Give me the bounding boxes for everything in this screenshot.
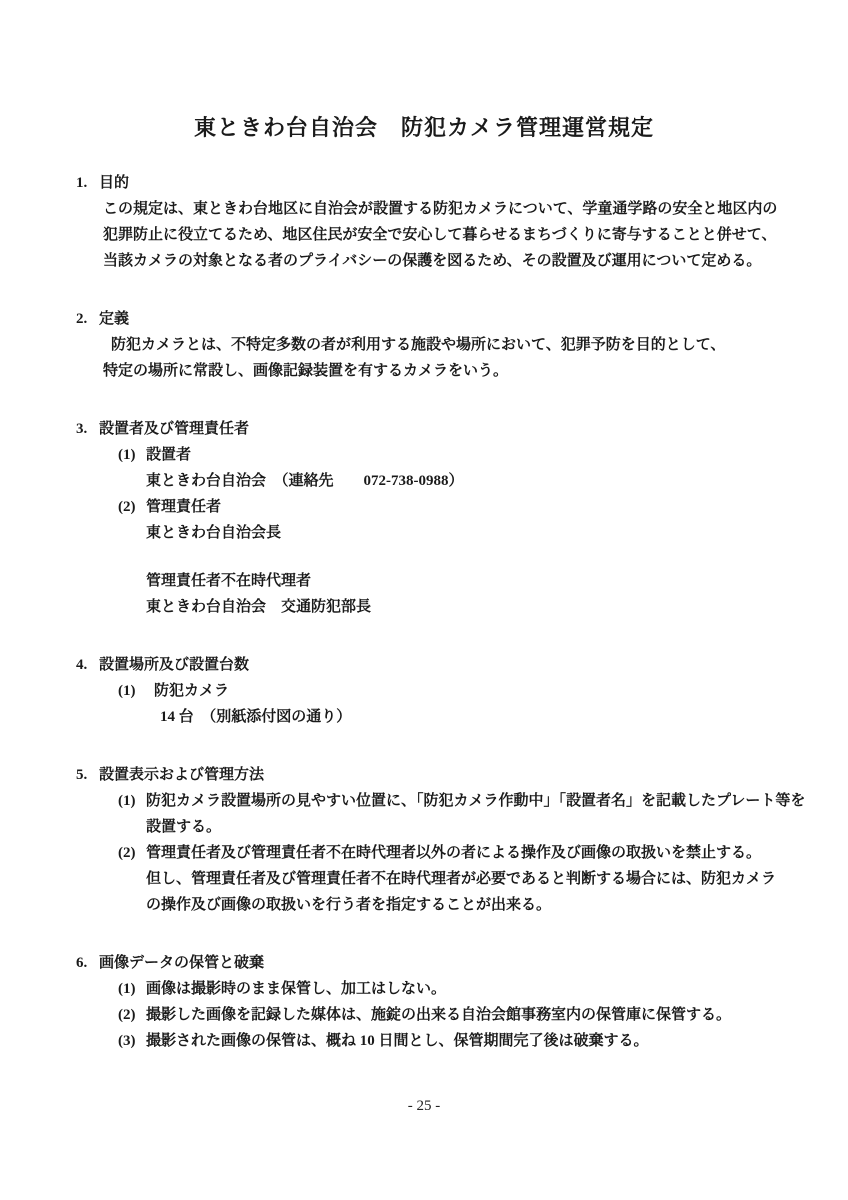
clause-text: 防犯カメラ設置場所の見やすい位置に、「防犯カメラ作動中」「設置者名」を記載したプ…	[146, 788, 778, 840]
clause-number: (1)	[118, 976, 146, 1002]
section-number: 2.	[76, 306, 99, 332]
section-signage-and-management: 5. 設置表示および管理方法 (1) 防犯カメラ設置場所の見やすい位置に、「防犯…	[76, 762, 778, 918]
body-line: この規定は、東ときわ台地区に自治会が設置する防犯カメラについて、学童通学路の安全…	[103, 196, 778, 222]
section-heading: 設置表示および管理方法	[99, 762, 778, 788]
clause-number: (1)	[118, 442, 146, 494]
section-number: 5.	[76, 762, 99, 788]
clause-number: (1)	[118, 678, 154, 730]
clause-number: (2)	[118, 840, 146, 918]
section-heading-row: 6. 画像データの保管と破棄	[76, 950, 778, 976]
section-heading: 画像データの保管と破棄	[99, 950, 778, 976]
clause-item-retention-period: (3) 撮影された画像の保管は、概ね 10 日間とし、保管期間完了後は破棄する。	[118, 1028, 778, 1054]
clause-item-storage-location: (2) 撮影した画像を記録した媒体は、施錠の出来る自治会館事務室内の保管庫に保管…	[118, 1002, 778, 1028]
clause-list: (1) 設置者 東ときわ台自治会 （連絡先 072-738-0988） (2) …	[118, 442, 778, 620]
clause-label: 防犯カメラ	[154, 678, 778, 704]
clause-item-signage-plate: (1) 防犯カメラ設置場所の見やすい位置に、「防犯カメラ作動中」「設置者名」を記…	[118, 788, 778, 840]
section-heading-row: 4. 設置場所及び設置台数	[76, 652, 778, 678]
clause-item-manager: (2) 管理責任者 東ときわ台自治会長	[118, 494, 778, 546]
clause-text: 画像は撮影時のまま保管し、加工はしない。	[146, 976, 778, 1002]
clause-line: 画像は撮影時のまま保管し、加工はしない。	[146, 976, 778, 1002]
clause-number: (3)	[118, 1028, 146, 1054]
clause-line: 管理責任者及び管理責任者不在時代理者以外の者による操作及び画像の取扱いを禁止する…	[146, 840, 778, 866]
clause-line: 撮影された画像の保管は、概ね 10 日間とし、保管期間完了後は破棄する。	[146, 1028, 778, 1054]
clause-number: (2)	[118, 1002, 146, 1028]
clause-line: 設置する。	[146, 814, 778, 840]
clause-text: 管理責任者 東ときわ台自治会長	[146, 494, 778, 546]
body-line: 防犯カメラとは、不特定多数の者が利用する施設や場所において、犯罪予防を目的として…	[103, 332, 778, 358]
clause-text: 防犯カメラ 14 台 （別紙添付図の通り）	[154, 678, 778, 730]
section-heading-row: 1. 目的	[76, 170, 778, 196]
clause-line: 防犯カメラ設置場所の見やすい位置に、「防犯カメラ作動中」「設置者名」を記載したプ…	[146, 788, 778, 814]
clause-number	[118, 568, 146, 620]
body-line: 犯罪防止に役立てるため、地区住民が安全で安心して暮らせるまちづくりに寄与すること…	[103, 222, 778, 248]
clause-list: (1) 防犯カメラ設置場所の見やすい位置に、「防犯カメラ作動中」「設置者名」を記…	[118, 788, 778, 918]
section-number: 1.	[76, 170, 99, 196]
section-paragraph: 防犯カメラとは、不特定多数の者が利用する施設や場所において、犯罪予防を目的として…	[103, 332, 778, 384]
clause-text: 撮影した画像を記録した媒体は、施錠の出来る自治会館事務室内の保管庫に保管する。	[146, 1002, 778, 1028]
document-title: 東ときわ台自治会 防犯カメラ管理運営規定	[0, 112, 848, 144]
section-heading: 目的	[99, 170, 778, 196]
page-number: - 25 -	[0, 1096, 848, 1116]
clause-number: (2)	[118, 494, 146, 546]
section-heading: 設置者及び管理責任者	[99, 416, 778, 442]
clause-line: 東ときわ台自治会長	[146, 520, 778, 546]
clause-item-deputy-manager: 管理責任者不在時代理者 東ときわ台自治会 交通防犯部長	[118, 568, 778, 620]
clause-label: 設置者	[146, 442, 778, 468]
section-heading-row: 5. 設置表示および管理方法	[76, 762, 778, 788]
clause-text: 管理責任者及び管理責任者不在時代理者以外の者による操作及び画像の取扱いを禁止する…	[146, 840, 778, 918]
clause-line: 東ときわ台自治会 交通防犯部長	[146, 594, 778, 620]
section-heading-row: 3. 設置者及び管理責任者	[76, 416, 778, 442]
section-image-data-retention: 6. 画像データの保管と破棄 (1) 画像は撮影時のまま保管し、加工はしない。 …	[76, 950, 778, 1054]
section-heading: 定義	[99, 306, 778, 332]
clause-list: (1) 画像は撮影時のまま保管し、加工はしない。 (2) 撮影した画像を記録した…	[118, 976, 778, 1054]
section-heading: 設置場所及び設置台数	[99, 652, 778, 678]
section-installer-and-manager: 3. 設置者及び管理責任者 (1) 設置者 東ときわ台自治会 （連絡先 072-…	[76, 416, 778, 620]
section-heading-row: 2. 定義	[76, 306, 778, 332]
clause-text: 撮影された画像の保管は、概ね 10 日間とし、保管期間完了後は破棄する。	[146, 1028, 778, 1054]
clause-label: 管理責任者不在時代理者	[146, 568, 778, 594]
clause-item-no-editing: (1) 画像は撮影時のまま保管し、加工はしない。	[118, 976, 778, 1002]
clause-line: 但し、管理責任者及び管理責任者不在時代理者が必要であると判断する場合には、防犯カ…	[146, 866, 778, 892]
clause-item-installer: (1) 設置者 東ときわ台自治会 （連絡先 072-738-0988）	[118, 442, 778, 494]
body-line: 当該カメラの対象となる者のプライバシーの保護を図るため、その設置及び運用について…	[103, 248, 778, 274]
section-purpose: 1. 目的 この規定は、東ときわ台地区に自治会が設置する防犯カメラについて、学童…	[76, 170, 778, 274]
body-line: 特定の場所に常設し、画像記録装置を有するカメラをいう。	[103, 358, 778, 384]
clause-list: (1) 防犯カメラ 14 台 （別紙添付図の通り）	[118, 678, 778, 730]
clause-line: 14 台 （別紙添付図の通り）	[154, 704, 778, 730]
document-page: 東ときわ台自治会 防犯カメラ管理運営規定 1. 目的 この規定は、東ときわ台地区…	[0, 0, 848, 1200]
document-body: 1. 目的 この規定は、東ときわ台地区に自治会が設置する防犯カメラについて、学童…	[0, 170, 848, 1054]
section-number: 4.	[76, 652, 99, 678]
clause-label: 管理責任者	[146, 494, 778, 520]
clause-line: の操作及び画像の取扱いを行う者を指定することが出来る。	[146, 892, 778, 918]
clause-number: (1)	[118, 788, 146, 840]
section-number: 6.	[76, 950, 99, 976]
clause-text: 設置者 東ときわ台自治会 （連絡先 072-738-0988）	[146, 442, 778, 494]
clause-text: 管理責任者不在時代理者 東ときわ台自治会 交通防犯部長	[146, 568, 778, 620]
section-paragraph: この規定は、東ときわ台地区に自治会が設置する防犯カメラについて、学童通学路の安全…	[103, 196, 778, 274]
clause-item-camera-count: (1) 防犯カメラ 14 台 （別紙添付図の通り）	[118, 678, 778, 730]
clause-item-operation-restriction: (2) 管理責任者及び管理責任者不在時代理者以外の者による操作及び画像の取扱いを…	[118, 840, 778, 918]
clause-line: 撮影した画像を記録した媒体は、施錠の出来る自治会館事務室内の保管庫に保管する。	[146, 1002, 778, 1028]
section-locations-and-count: 4. 設置場所及び設置台数 (1) 防犯カメラ 14 台 （別紙添付図の通り）	[76, 652, 778, 730]
clause-line: 東ときわ台自治会 （連絡先 072-738-0988）	[146, 468, 778, 494]
section-definitions: 2. 定義 防犯カメラとは、不特定多数の者が利用する施設や場所において、犯罪予防…	[76, 306, 778, 384]
section-number: 3.	[76, 416, 99, 442]
